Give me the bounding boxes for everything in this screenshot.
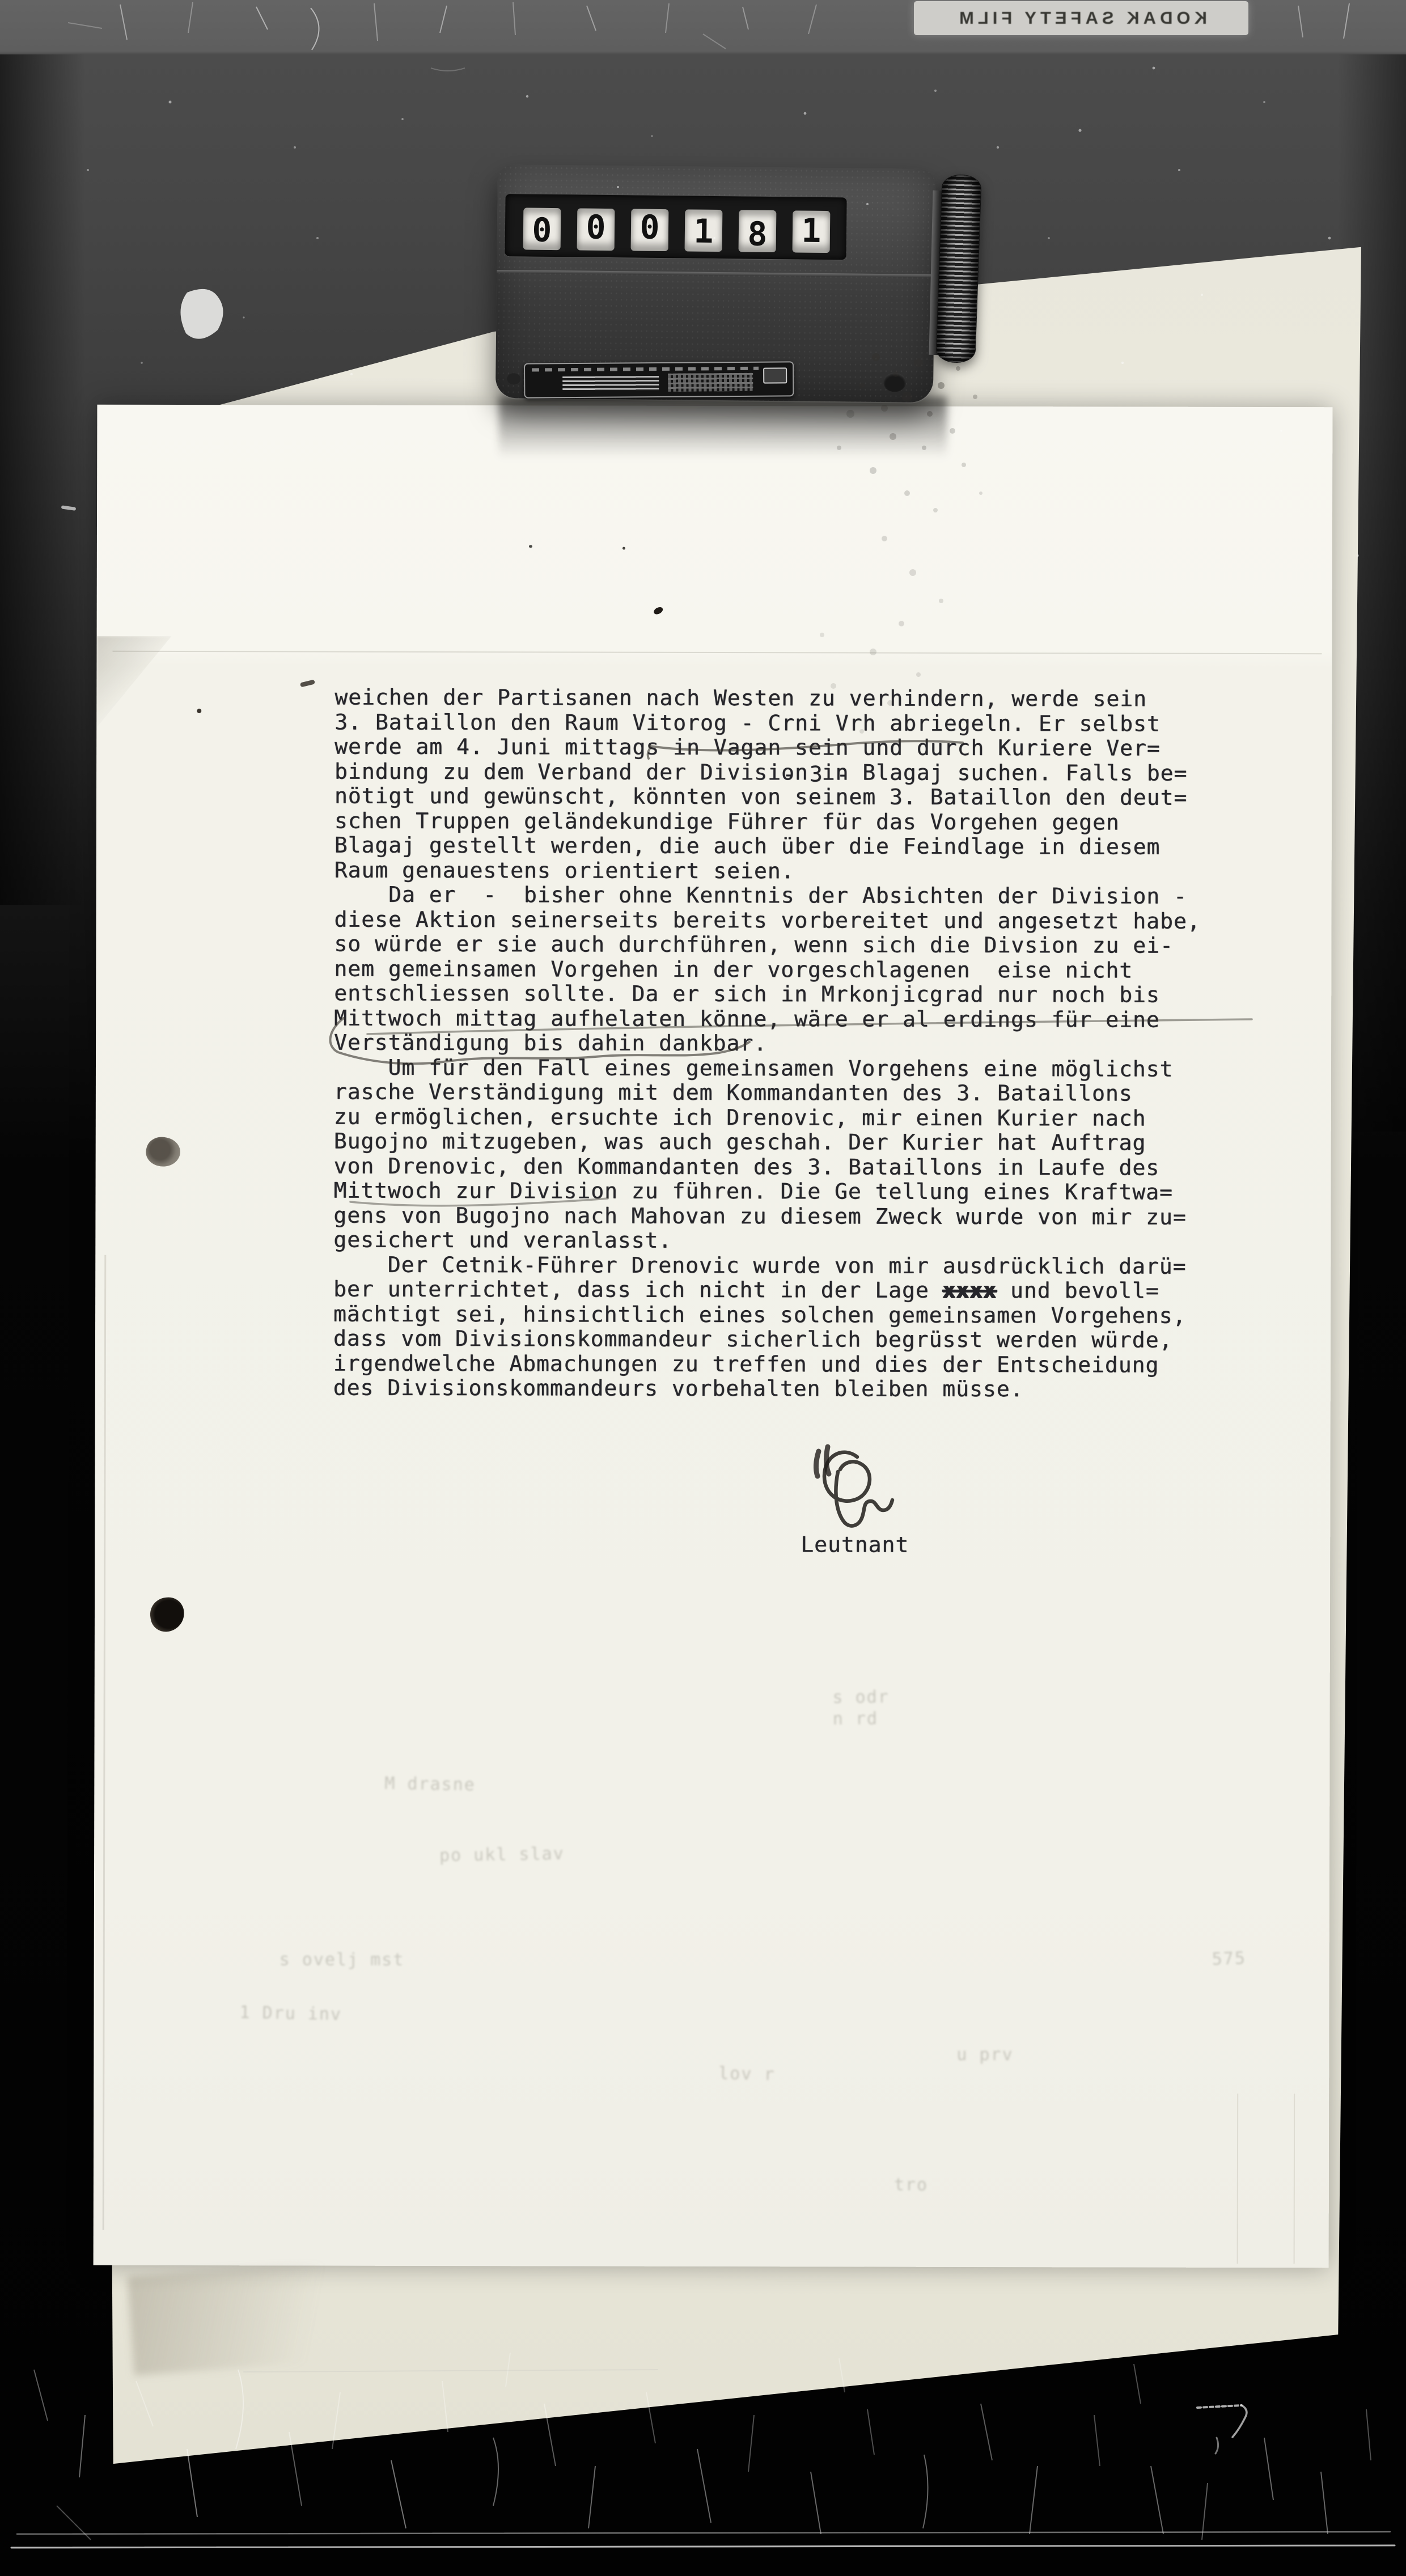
paragraph-1: weichen der Partisanen nach Westen zu ve… xyxy=(334,685,1265,884)
line-2-before: ber unterrichtet, dass ich nicht in der … xyxy=(333,1277,943,1303)
kodak-label-text: KODAK SAFETY FILM xyxy=(955,8,1207,28)
ghost-mark: 1 Dru inv xyxy=(239,2002,342,2026)
paper-crease xyxy=(113,651,1322,654)
paragraph-4-rest: mächtigt sei, hinsichtlich eines solchen… xyxy=(333,1302,1263,1402)
digit-cell: 1 xyxy=(685,209,723,252)
microfilm-scan: KODAK SAFETY FILM - 3 - weichen der Part… xyxy=(0,0,1406,2576)
ghost-mark: M drasne xyxy=(384,1773,476,1797)
frame-counter-device: 0 0 0 1 8 1 xyxy=(496,164,935,402)
ghost-mark: 575 xyxy=(1212,1948,1246,1971)
kodak-film-edge-label: KODAK SAFETY FILM xyxy=(914,1,1248,35)
counter-label-plate xyxy=(524,361,794,398)
plate-flag-stripes xyxy=(562,376,659,391)
ink-speck xyxy=(300,679,315,687)
ink-blot xyxy=(143,1133,183,1170)
ghost-mark: s ovelj mst xyxy=(279,1949,405,1971)
digit-cell: 0 xyxy=(577,208,615,251)
paragraph-4-line-2: ber unterrichtet, dass ich nicht in der … xyxy=(333,1277,1263,1304)
struck-out-word: xxxx xyxy=(943,1278,997,1303)
plate-logo xyxy=(763,367,787,383)
digit-cell: 1 xyxy=(793,210,831,253)
paper-crease xyxy=(1294,2094,1295,2264)
ghost-mark: s odr n rd xyxy=(832,1687,890,1730)
line-2-after: und bevoll= xyxy=(997,1278,1159,1303)
counter-thumbwheel xyxy=(935,174,982,363)
page-edge-shadow xyxy=(103,1255,107,2230)
counter-screw xyxy=(507,373,520,384)
paragraph-4: Der Cetnik-Führer Drenovic wurde von mir… xyxy=(333,1252,1264,1402)
typed-text-column: weichen der Partisanen nach Westen zu ve… xyxy=(333,685,1265,1403)
ink-blot xyxy=(148,1595,187,1634)
ink-speck xyxy=(197,709,201,713)
counter-foot xyxy=(883,372,906,392)
ghost-mark: tro xyxy=(894,2175,928,2196)
plate-text-row xyxy=(532,367,759,372)
document-page: - 3 - weichen der Partisanen nach Westen… xyxy=(94,405,1333,2268)
ghost-mark: po ukl slav xyxy=(439,1844,565,1867)
ink-speck xyxy=(622,547,625,550)
page-corner-fold xyxy=(96,636,171,728)
signoff-rank: Leutnant xyxy=(801,1532,909,1557)
ink-speck xyxy=(529,545,532,548)
counter-digit-window: 0 0 0 1 8 1 xyxy=(505,194,846,260)
digit-cell: 0 xyxy=(523,207,561,250)
paper-crease xyxy=(1237,2094,1239,2264)
digit-cell: 0 xyxy=(631,209,669,251)
ink-speck xyxy=(653,605,664,616)
ghost-mark: lov r xyxy=(718,2063,776,2086)
ghost-mark: u prv xyxy=(956,2044,1013,2066)
paragraph-3: Um für den Fall eines gemeinsamen Vorgeh… xyxy=(333,1055,1264,1254)
paragraph-4-line-1: Der Cetnik-Führer Drenovic wurde von mir… xyxy=(333,1252,1263,1279)
film-left-shade xyxy=(0,54,85,905)
digit-cell: 8 xyxy=(739,210,777,252)
plate-fine-print xyxy=(668,373,753,392)
paragraph-2: Da er - bisher ohne Kenntnis der Absicht… xyxy=(334,883,1264,1057)
counter-shadow xyxy=(499,397,947,473)
